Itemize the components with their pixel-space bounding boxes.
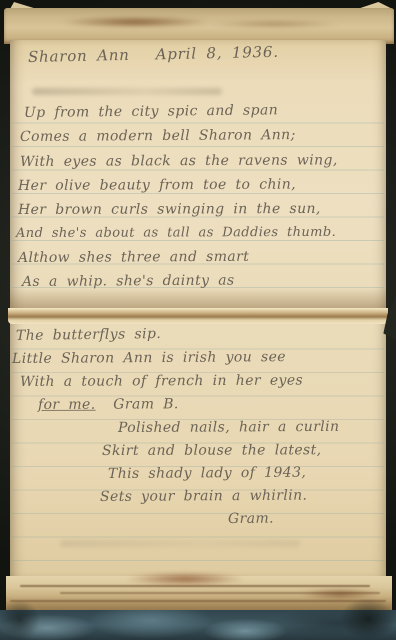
poem-line: Polished nails, hair a curlin — [118, 419, 340, 436]
page-stack-top-edge — [4, 8, 394, 44]
poem-line: Her brown curls swinging in the sun, — [18, 201, 321, 218]
poem-line-for-me: for me. Gram B. — [38, 396, 179, 413]
signature: Gram. — [228, 511, 274, 527]
edge-streak — [10, 600, 386, 602]
poem-line: Her olive beauty from toe to chin, — [18, 177, 296, 194]
struck-text: for me. — [38, 397, 96, 413]
ghost-writing-line — [32, 88, 222, 95]
page-fold-shadow — [10, 288, 386, 308]
marbled-cover — [0, 610, 396, 640]
ghost-writing-line — [60, 540, 300, 547]
poem-line: Sets your brain a whirlin. — [100, 488, 307, 505]
entry-date: April 8, 1936. — [155, 43, 279, 64]
page-fold-edge — [8, 308, 388, 324]
stain-top — [60, 16, 210, 28]
entry-name: Sharon Ann — [28, 46, 130, 66]
poem-line: Little Sharon Ann is irish you see — [12, 349, 286, 367]
poem-line: With eyes as black as the ravens wing, — [20, 152, 338, 170]
poem-line: And she's about as tall as Daddies thumb… — [16, 225, 336, 241]
poem-line: As a whip. she's dainty as — [22, 273, 235, 290]
poem-line: Up from the city spic and span — [24, 102, 278, 121]
poem-line: Skirt and blouse the latest, — [102, 442, 322, 459]
poem-line: This shady lady of 1943, — [108, 465, 306, 482]
gram-b-text: Gram B. — [113, 396, 179, 412]
poem-line: Comes a modern bell Sharon Ann; — [20, 127, 296, 145]
poem-line: Althow shes three and smart — [18, 249, 249, 266]
stain-bottom — [125, 572, 245, 586]
stain-top-2 — [210, 20, 340, 28]
cover-shadow-right — [340, 598, 396, 640]
cover-shadow-left — [0, 600, 40, 640]
notebook-photo: Sharon AnnApril 8, 1936. Up from the cit… — [0, 0, 396, 640]
poem-line: With a touch of french in her eyes — [20, 373, 303, 390]
poem-line: The butterflys sip. — [16, 326, 161, 344]
